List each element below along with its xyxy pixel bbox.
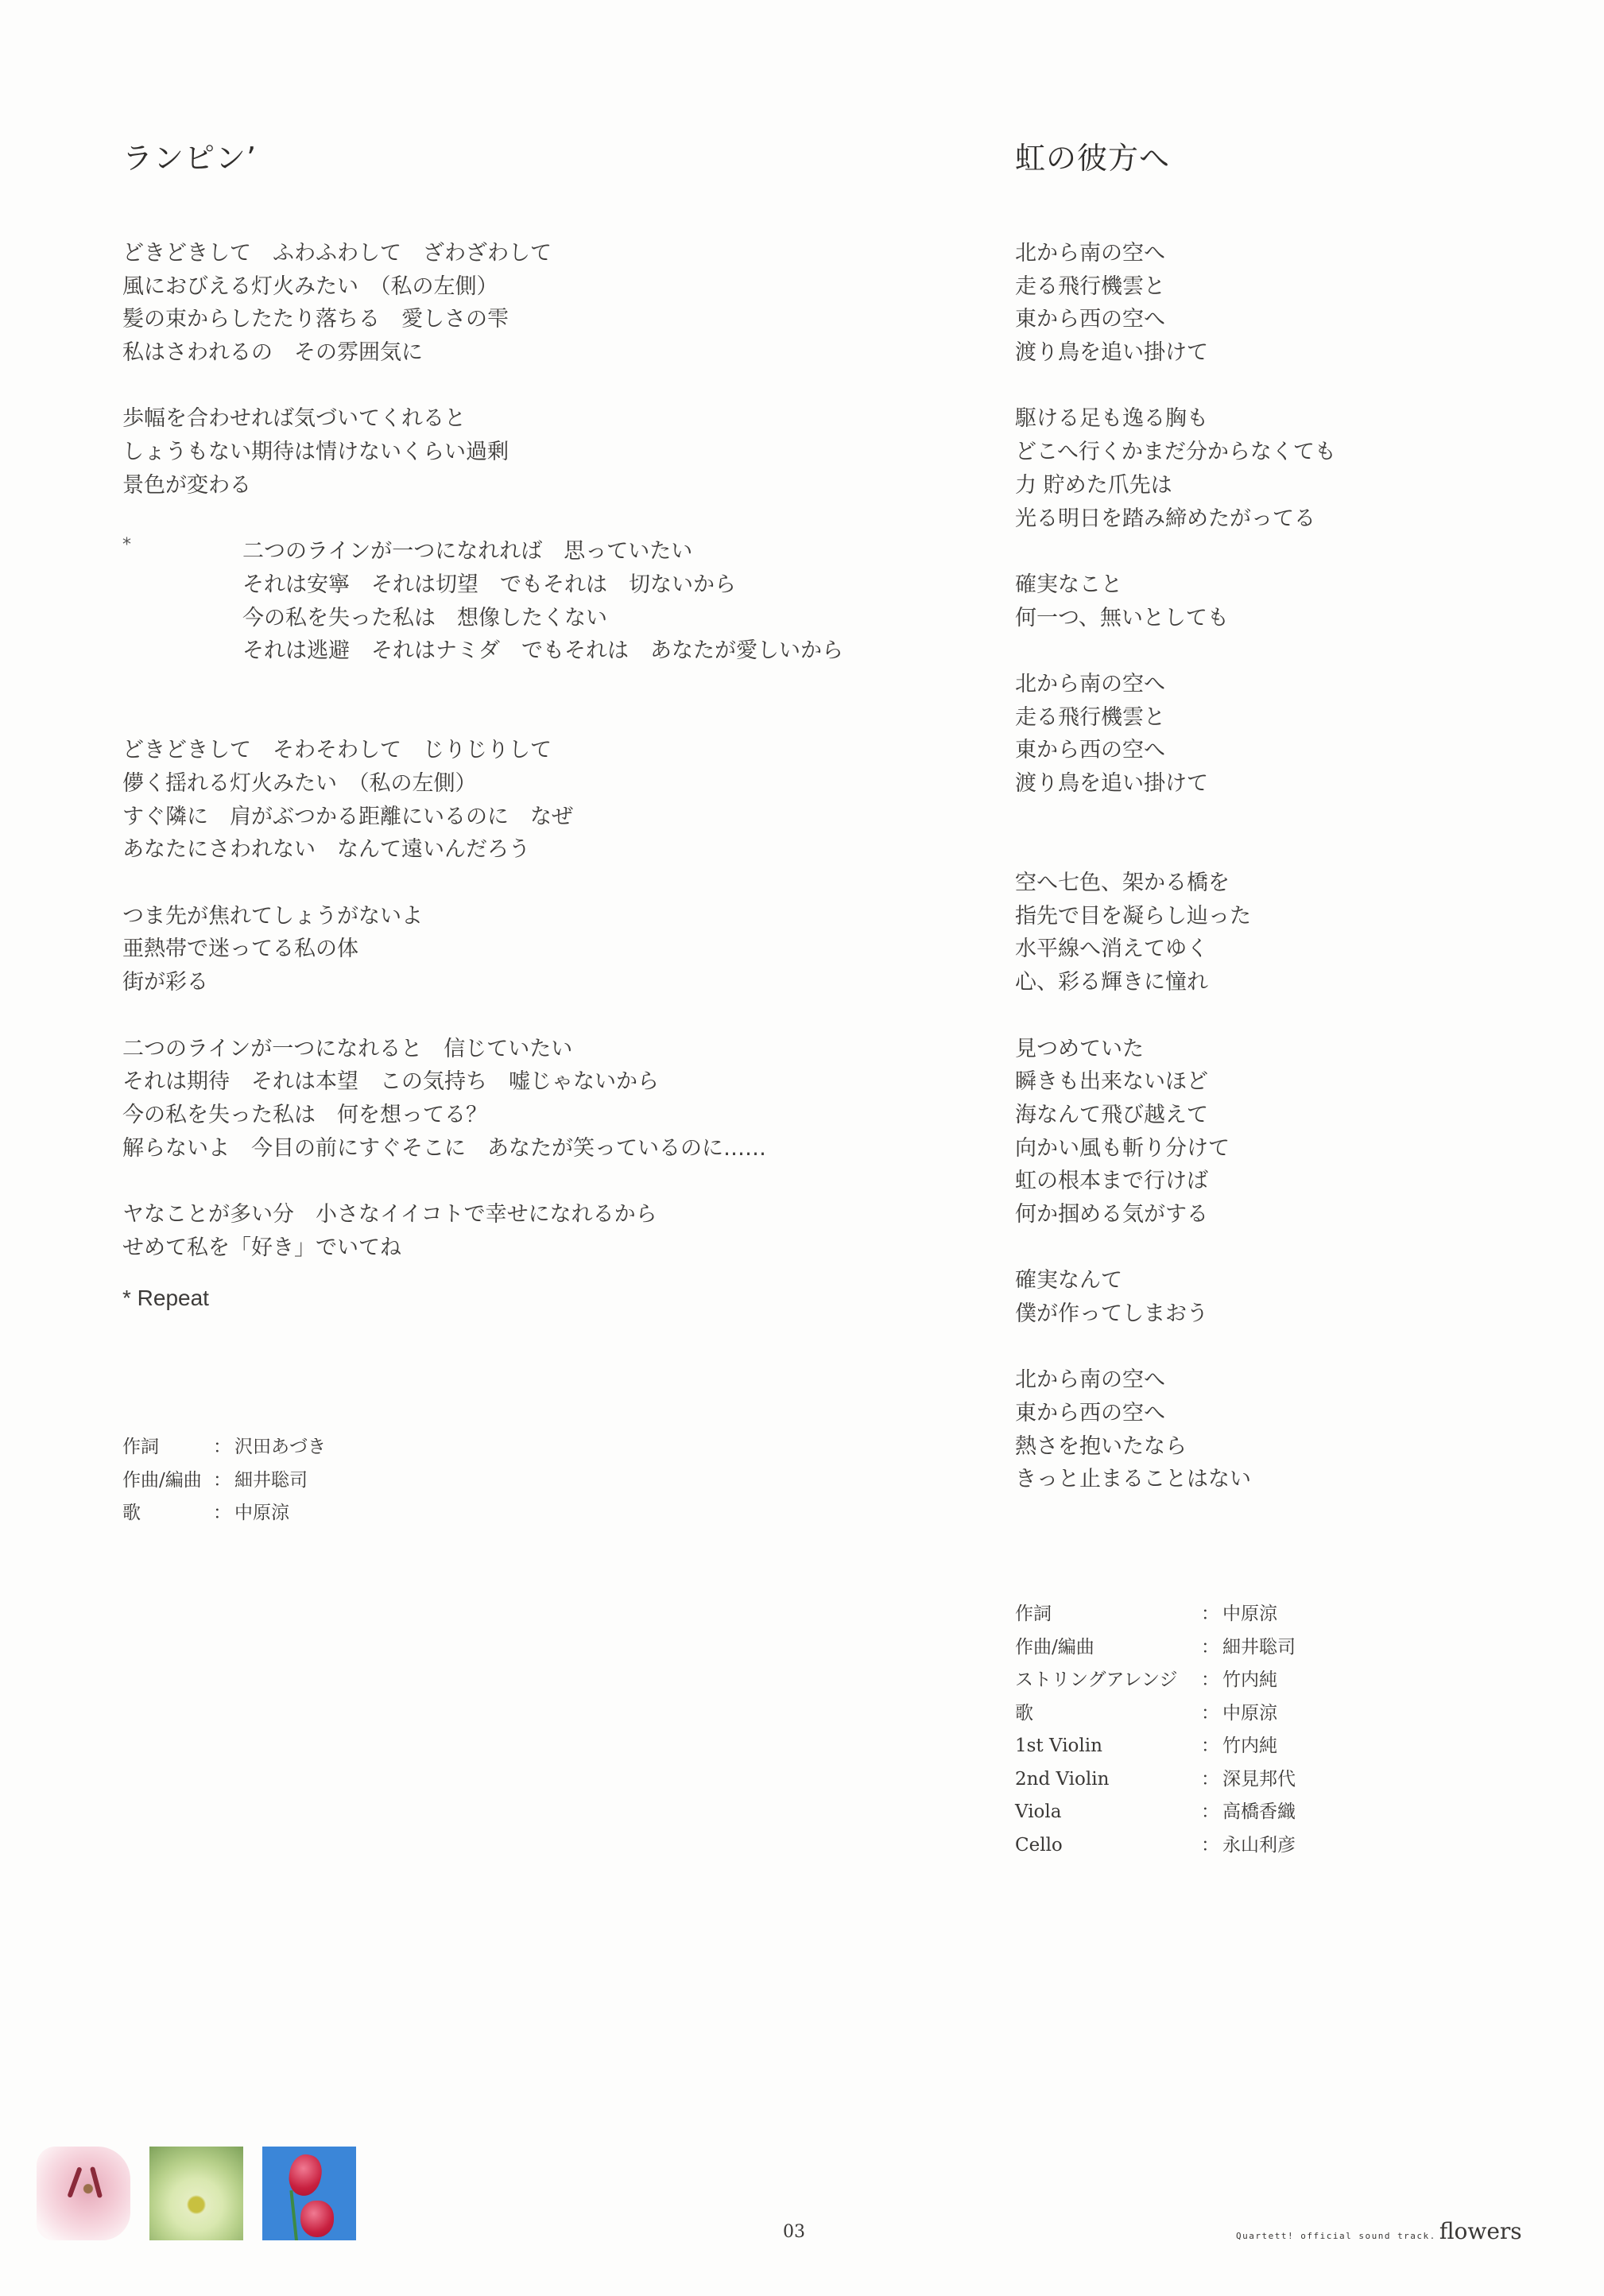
brand-title: flowers — [1439, 2218, 1522, 2244]
lyric-line: 渡り鳥を追い掛けて — [1015, 336, 1336, 370]
lyric-line: 走る飛行機雲と — [1015, 701, 1336, 735]
stanza: 見つめていた 瞬きも出来ないほど 海なんて飛び越えて 向かい風も斬り分けて 虹の… — [1015, 1033, 1336, 1231]
lyric-line: 街が彩る — [122, 966, 843, 999]
lyric-line: 瞬きも出来ないほど — [1015, 1065, 1336, 1099]
credit-name: 中原涼 — [234, 1497, 289, 1530]
credit-name: 竹内純 — [1222, 1664, 1277, 1697]
lyrics: 北から南の空へ 走る飛行機雲と 東から西の空へ 渡り鳥を追い掛けて 駆ける足も逸… — [1015, 237, 1336, 1496]
chorus-asterisk: * — [122, 535, 131, 555]
lyric-line: 駆ける足も逸る胸も — [1015, 402, 1336, 436]
lyric-line: 僕が作ってしまおう — [1015, 1297, 1336, 1331]
lyric-line: 力 貯めた爪先は — [1015, 469, 1336, 502]
credit-role: 歌 — [122, 1497, 211, 1530]
lyric-line: 今の私を失った私は 想像したくない — [122, 602, 843, 635]
lyric-line: 空へ七色、架かる橋を — [1015, 867, 1336, 900]
lyric-line: 北から南の空へ — [1015, 1363, 1336, 1397]
lyric-line: 東から西の空へ — [1015, 734, 1336, 767]
credit-role: 歌 — [1015, 1697, 1199, 1731]
credit-row: 作詞 ： 中原涼 — [1015, 1598, 1296, 1631]
lyric-line: すぐ隣に 肩がぶつかる距離にいるのに なぜ — [122, 801, 843, 834]
repeat-note: * Repeat — [122, 1282, 843, 1315]
lyric-line: しょうもない期待は情けないくらい過剰 — [122, 436, 843, 469]
lyric-line: 東から西の空へ — [1015, 303, 1336, 336]
lyric-line: 二つのラインが一つになれれば 思っていたい — [122, 535, 843, 568]
lyric-line: 渡り鳥を追い掛けて — [1015, 767, 1336, 801]
lyric-line: 見つめていた — [1015, 1033, 1336, 1066]
stanza: 確実なんて 僕が作ってしまおう — [1015, 1264, 1336, 1330]
credit-name: 沢田あづき — [234, 1431, 326, 1464]
credit-separator: ： — [1199, 1598, 1222, 1631]
lyric-line: 指先で目を凝らし辿った — [1015, 900, 1336, 933]
credit-role: Cello — [1015, 1829, 1199, 1863]
stanza: 北から南の空へ 走る飛行機雲と 東から西の空へ 渡り鳥を追い掛けて — [1015, 237, 1336, 370]
stanza: 北から南の空へ 走る飛行機雲と 東から西の空へ 渡り鳥を追い掛けて — [1015, 668, 1336, 801]
lyric-line: 儚く揺れる灯火みたい （私の左側） — [122, 767, 843, 801]
stanza: どきどきして そわそわして じりじりして 儚く揺れる灯火みたい （私の左側） す… — [122, 734, 843, 867]
lyric-line: 確実なんて — [1015, 1264, 1336, 1297]
lyric-line: 光る明日を踏み締めたがってる — [1015, 502, 1336, 536]
credit-row: 作曲/編曲 ： 細井聡司 — [122, 1464, 326, 1498]
hellebore-photo — [149, 2147, 243, 2240]
chorus: * 二つのラインが一つになれれば 思っていたい それは安寧 それは切望 でもそれ… — [122, 535, 843, 668]
lyric-line: それは安寧 それは切望 でもそれは 切ないから — [122, 568, 843, 602]
credit-separator: ： — [1199, 1730, 1222, 1763]
lyric-line: 北から南の空へ — [1015, 237, 1336, 270]
stanza: 確実なこと 何一つ、無いとしても — [1015, 568, 1336, 634]
lyric-line: 心、彩る輝きに憧れ — [1015, 966, 1336, 999]
lyric-line: 歩幅を合わせれば気づいてくれると — [122, 402, 843, 436]
stanza: 駆ける足も逸る胸も どこへ行くかまだ分からなくても 力 貯めた爪先は 光る明日を… — [1015, 402, 1336, 535]
lyric-line: 景色が変わる — [122, 469, 843, 502]
credits: 作詞 ： 沢田あづき 作曲/編曲 ： 細井聡司 歌 ： 中原涼 — [122, 1431, 326, 1530]
credit-role: 1st Violin — [1015, 1730, 1199, 1763]
stanza: ヤなことが多い分 小さなイイコトで幸せになれるから せめて私を「好き」でいてね — [122, 1198, 843, 1264]
lyric-line: 私はさわれるの その雰囲気に — [122, 336, 843, 370]
credit-row: 歌 ： 中原涼 — [122, 1497, 326, 1530]
tulip-photo — [262, 2147, 356, 2240]
lyric-line: 東から西の空へ — [1015, 1397, 1336, 1430]
lyrics: どきどきして ふわふわして ざわざわして 風におびえる灯火みたい （私の左側） … — [122, 237, 843, 1315]
lyric-line: それは逃避 それはナミダ でもそれは あなたが愛しいから — [122, 634, 843, 668]
credit-separator: ： — [1199, 1796, 1222, 1829]
lyric-line: ヤなことが多い分 小さなイイコトで幸せになれるから — [122, 1198, 843, 1231]
lyric-line: 今の私を失った私は 何を想ってる？ — [122, 1099, 843, 1132]
lyric-line: 何一つ、無いとしても — [1015, 602, 1336, 635]
credit-name: 高橋香織 — [1222, 1796, 1296, 1829]
lyric-line: どきどきして ふわふわして ざわざわして — [122, 237, 843, 270]
stanza: 二つのラインが一つになれると 信じていたい それは期待 それは本望 この気持ち … — [122, 1033, 843, 1165]
credit-name: 中原涼 — [1222, 1598, 1277, 1631]
credit-separator: ： — [1199, 1664, 1222, 1697]
credit-separator: ： — [211, 1497, 234, 1530]
lyric-line: 向かい風も斬り分けて — [1015, 1132, 1336, 1165]
credit-role: 作詞 — [1015, 1598, 1199, 1631]
credit-name: 中原涼 — [1222, 1697, 1277, 1731]
album-brand: Quartett! official sound track. flowers — [1236, 2218, 1522, 2244]
stanza: どきどきして ふわふわして ざわざわして 風におびえる灯火みたい （私の左側） … — [122, 237, 843, 370]
lyric-line: 北から南の空へ — [1015, 668, 1336, 701]
credit-separator: ： — [211, 1464, 234, 1498]
credit-row: ストリングアレンジ ： 竹内純 — [1015, 1664, 1296, 1697]
lyric-line: 風におびえる灯火みたい （私の左側） — [122, 270, 843, 304]
credit-role: 作曲/編曲 — [1015, 1631, 1199, 1665]
credit-name: 深見邦代 — [1222, 1763, 1296, 1797]
lyric-line: 亜熱帯で迷ってる私の体 — [122, 933, 843, 966]
credit-row: 作曲/編曲 ： 細井聡司 — [1015, 1631, 1296, 1665]
stanza: 歩幅を合わせれば気づいてくれると しょうもない期待は情けないくらい過剰 景色が変… — [122, 402, 843, 502]
credit-separator: ： — [211, 1431, 234, 1464]
stanza: 空へ七色、架かる橋を 指先で目を凝らし辿った 水平線へ消えてゆく 心、彩る輝きに… — [1015, 867, 1336, 999]
brand-subtitle: Quartett! official sound track. — [1236, 2231, 1436, 2241]
lyric-line: あなたにさわれない なんて遠いんだろう — [122, 833, 843, 867]
lyric-line: どこへ行くかまだ分からなくても — [1015, 436, 1336, 469]
song-title: ランピン’ — [122, 134, 257, 177]
flower-thumbnails — [37, 2147, 356, 2240]
stanza: 北から南の空へ 東から西の空へ 熱さを抱いたなら きっと止まることはない — [1015, 1363, 1336, 1496]
credit-role: ストリングアレンジ — [1015, 1664, 1199, 1697]
lyric-line: せめて私を「好き」でいてね — [122, 1231, 843, 1265]
lyric-line: それは期待 それは本望 この気持ち 嘘じゃないから — [122, 1065, 843, 1099]
credit-name: 竹内純 — [1222, 1730, 1277, 1763]
credit-row: 作詞 ： 沢田あづき — [122, 1431, 326, 1464]
credit-role: 作詞 — [122, 1431, 211, 1464]
credit-row: Cello ： 永山利彦 — [1015, 1829, 1296, 1863]
lyric-line: 熱さを抱いたなら — [1015, 1430, 1336, 1464]
lyric-line: 走る飛行機雲と — [1015, 270, 1336, 304]
credit-role: Viola — [1015, 1796, 1199, 1829]
lyric-line: 虹の根本まで行けば — [1015, 1165, 1336, 1198]
lyric-line: きっと止まることはない — [1015, 1463, 1336, 1496]
credit-row: 歌 ： 中原涼 — [1015, 1697, 1296, 1731]
credit-name: 細井聡司 — [234, 1464, 308, 1498]
lyric-line: 何か掴める気がする — [1015, 1198, 1336, 1231]
lyric-line: 海なんて飛び越えて — [1015, 1099, 1336, 1132]
credit-separator: ： — [1199, 1631, 1222, 1665]
lyric-line: 髪の束からしたたり落ちる 愛しさの雫 — [122, 303, 843, 336]
lily-photo — [37, 2147, 130, 2240]
credit-separator: ： — [1199, 1829, 1222, 1863]
page-number: 03 — [783, 2222, 805, 2242]
credit-row: 1st Violin ： 竹内純 — [1015, 1730, 1296, 1763]
credit-role: 作曲/編曲 — [122, 1464, 211, 1498]
credit-role: 2nd Violin — [1015, 1763, 1199, 1797]
credit-separator: ： — [1199, 1763, 1222, 1797]
lyric-line: 確実なこと — [1015, 568, 1336, 602]
lyric-line: 解らないよ 今目の前にすぐそこに あなたが笑っているのに…… — [122, 1132, 843, 1165]
stanza: つま先が焦れてしょうがないよ 亜熱帯で迷ってる私の体 街が彩る — [122, 900, 843, 999]
credits: 作詞 ： 中原涼 作曲/編曲 ： 細井聡司 ストリングアレンジ ： 竹内純 歌 … — [1015, 1598, 1296, 1862]
credit-separator: ： — [1199, 1697, 1222, 1731]
lyric-line: 水平線へ消えてゆく — [1015, 933, 1336, 966]
credit-row: Viola ： 高橋香織 — [1015, 1796, 1296, 1829]
song-title: 虹の彼方へ — [1015, 134, 1170, 177]
credit-row: 2nd Violin ： 深見邦代 — [1015, 1763, 1296, 1797]
credit-name: 永山利彦 — [1222, 1829, 1296, 1863]
lyric-line: つま先が焦れてしょうがないよ — [122, 900, 843, 933]
credit-name: 細井聡司 — [1222, 1631, 1296, 1665]
lyric-line: 二つのラインが一つになれると 信じていたい — [122, 1033, 843, 1066]
lyric-line: どきどきして そわそわして じりじりして — [122, 734, 843, 767]
